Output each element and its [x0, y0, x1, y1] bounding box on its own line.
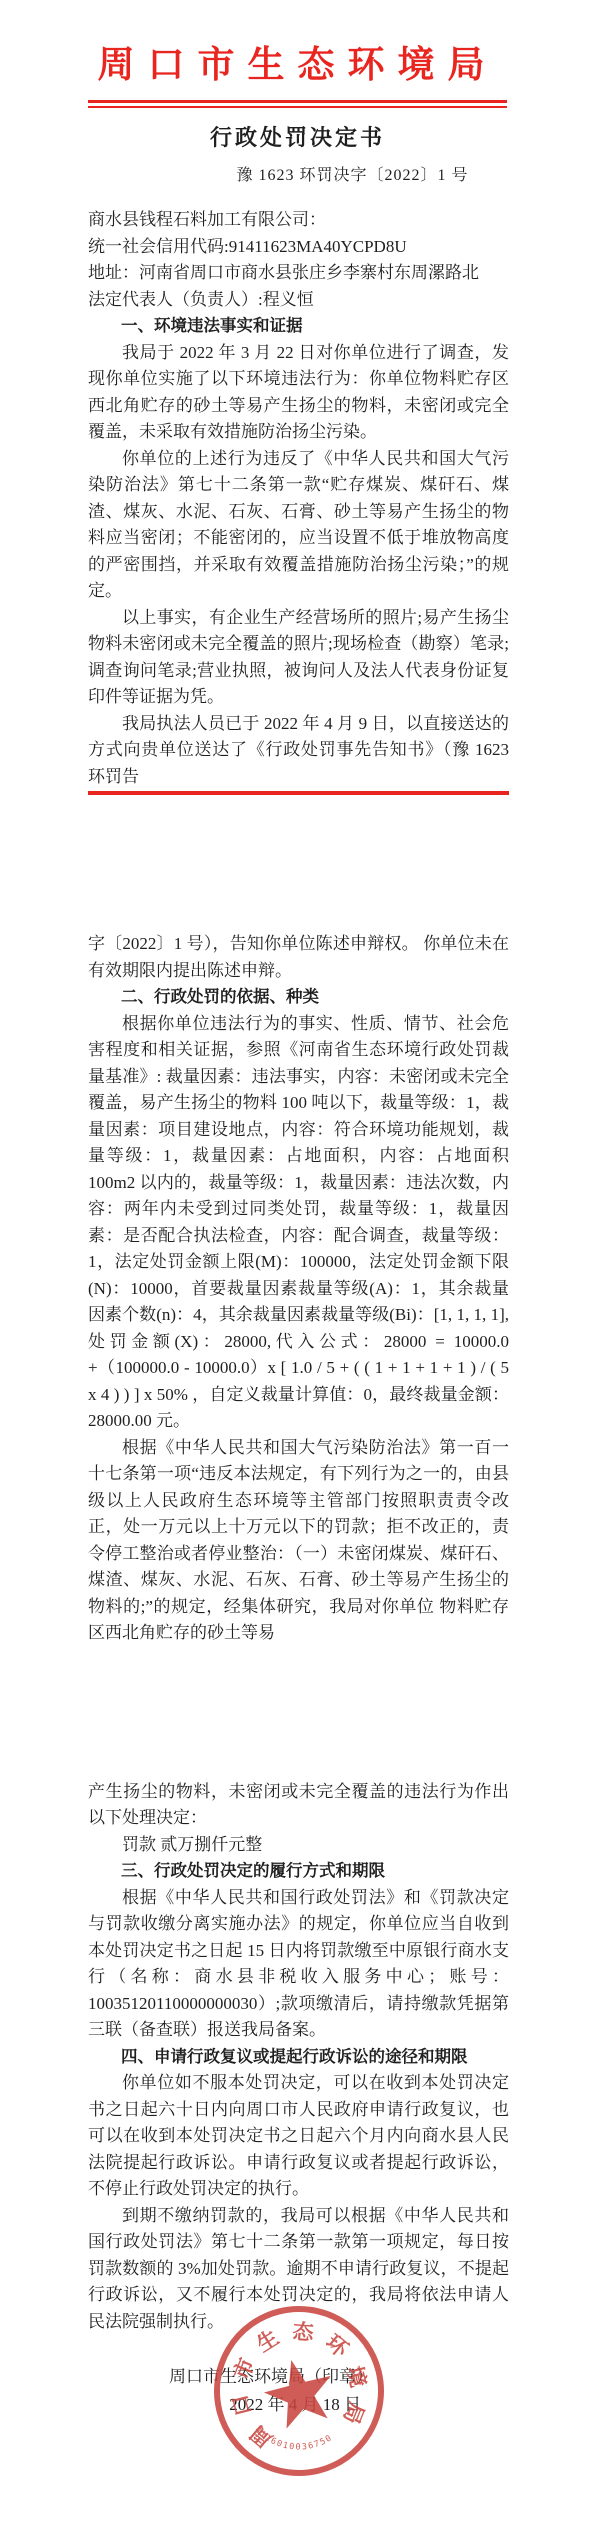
section-1-paragraph-4-part1: 我局执法人员已于 2022 年 4 月 9 日，以直接送达的方式向贵单位送达了《… [88, 711, 509, 791]
penalty-amount-line: 罚款 贰万捌仟元整 [88, 1832, 509, 1859]
recipient-company: 商水县钱程石料加工有限公司： [88, 207, 509, 234]
section-2-paragraph-2-part2: 产生扬尘的物料，未密闭或未完全覆盖的违法行为作出以下处理决定： [88, 1779, 509, 1832]
page-2-content: 字〔2022〕1 号），告知你单位陈述申辩权。 你单位未在有效期限内提出陈述申辩… [0, 931, 595, 1647]
signature-agency-line: 周口市生态环境局（印章） [88, 2363, 509, 2391]
section-2-paragraph-1: 根据你单位违法行为的事实、性质、情节、社会危害程度和相关证据，参照《河南省生态环… [88, 1011, 509, 1435]
page-1-content: 商水县钱程石料加工有限公司： 统一社会信用代码:91411623MA40YCPD… [0, 207, 595, 795]
recipient-legal-rep: 法定代表人（负责人）:程义恒 [88, 287, 509, 314]
agency-title: 周口市生态环境局 [0, 0, 595, 88]
red-header-rule [88, 100, 507, 108]
section-2-heading: 二、行政处罚的依据、种类 [88, 984, 509, 1011]
section-3-heading: 三、行政处罚决定的履行方式和期限 [88, 1858, 509, 1885]
recipient-credit-code: 统一社会信用代码:91411623MA40YCPD8U [88, 234, 509, 261]
signature-block: 周口市生态环境局（印章） 2022 年 4 月 18 日 周口市生态环境局 41… [88, 2363, 509, 2483]
page-3-content: 产生扬尘的物料，未密闭或未完全覆盖的违法行为作出以下处理决定： 罚款 贰万捌仟元… [0, 1779, 595, 2484]
section-1-paragraph-3: 以上事实，有企业生产经营场所的照片;易产生扬尘物料未密闭或未完全覆盖的照片;现场… [88, 605, 509, 711]
section-1-paragraph-1: 我局于 2022 年 3 月 22 日对你单位进行了调查，发现你单位实施了以下环… [88, 340, 509, 446]
section-2-paragraph-2-part1: 根据《中华人民共和国大气污染防治法》第一百一十七条第一项“违反本法规定，有下列行… [88, 1435, 509, 1647]
section-4-paragraph-1: 你单位如不服本处罚决定，可以在收到本处罚决定书之日起六十日内向周口市人民政府申请… [88, 2070, 509, 2203]
svg-text:周: 周 [245, 2420, 277, 2452]
section-4-heading: 四、申请行政复议或提起行政诉讼的途径和期限 [88, 2044, 509, 2071]
page-break-1 [0, 795, 595, 931]
section-3-paragraph-1: 根据《中华人民共和国行政处罚法》和《罚款决定与罚款收缴分离实施办法》的规定，你单… [88, 1885, 509, 2044]
section-1-heading: 一、环境违法事实和证据 [88, 313, 509, 340]
section-1-paragraph-4-part2: 字〔2022〕1 号），告知你单位陈述申辩权。 你单位未在有效期限内提出陈述申辩… [88, 931, 509, 984]
recipient-address: 地址：河南省周口市商水县张庄乡李寨村东周漯路北 [88, 260, 509, 287]
document-title: 行政处罚决定书 [0, 121, 595, 152]
penalty-decision-document: 周口市生态环境局 行政处罚决定书 豫 1623 环罚决字〔2022〕1 号 商水… [0, 0, 595, 2526]
signature-date-line: 2022 年 4 月 18 日 [88, 2391, 509, 2419]
section-1-paragraph-2: 你单位的上述行为违反了《中华人民共和国大气污染防治法》第七十二条第一款“贮存煤炭… [88, 446, 509, 605]
document-number: 豫 1623 环罚决字〔2022〕1 号 [110, 162, 595, 185]
section-4-paragraph-2: 到期不缴纳罚款的，我局可以根据《中华人民共和国行政处罚法》第七十二条第一款第一项… [88, 2203, 509, 2336]
page-break-2 [0, 1647, 595, 1779]
